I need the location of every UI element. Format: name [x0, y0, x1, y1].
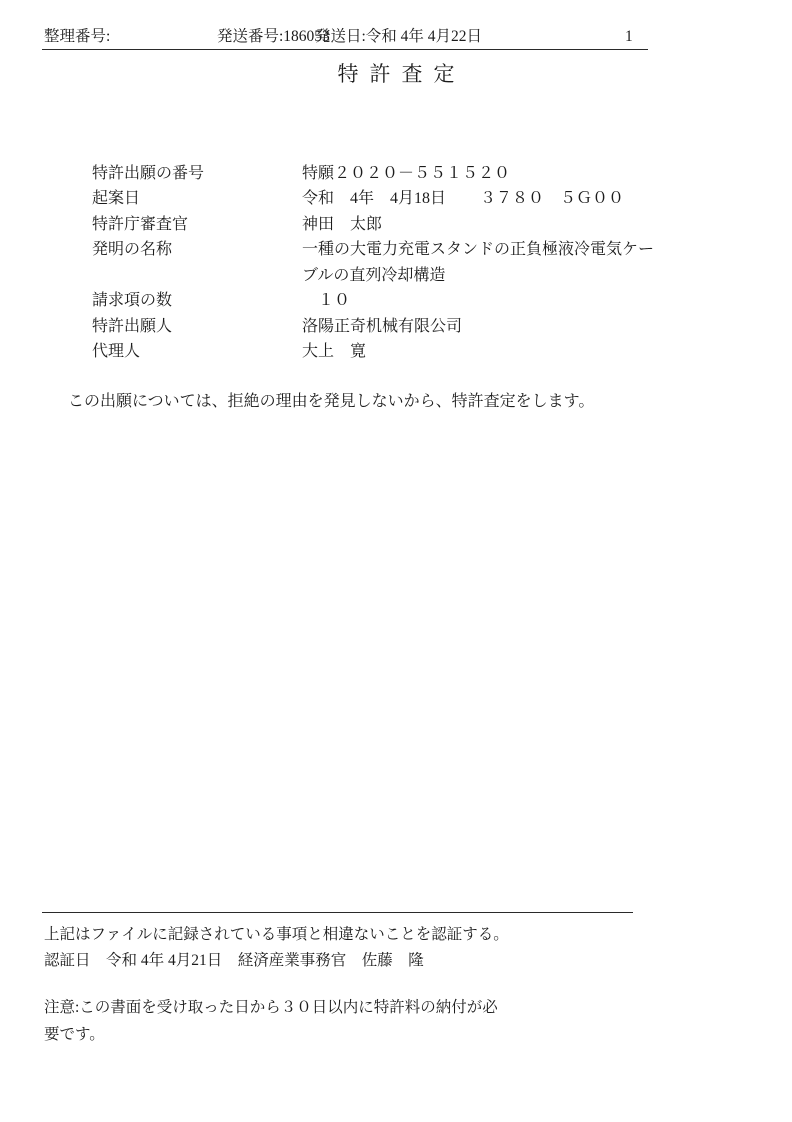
decision-statement: この出願については、拒絶の理由を発見しないから、特許査定をします。: [68, 389, 728, 414]
field-table: 特許出願の番号特願２０２０－５５１５２０ 起案日令和 4年 4月18日 特許庁審…: [68, 135, 728, 339]
field-row-claim-count: 請求項の数 １０: [68, 263, 728, 289]
field-row-invention-title: 発明の名称一種の大電力充電スタンドの正負極液冷電気ケー: [68, 212, 728, 238]
certification-statement: 上記はファイルに記録されている事項と相違ないことを認証する。: [42, 922, 633, 948]
field-label: 代理人: [92, 339, 302, 365]
field-row-agent: 代理人大上 寛: [68, 314, 728, 340]
field-row-applicant: 特許出願人洛陽正奇机械有限公司: [68, 288, 728, 314]
dispatch-number: 発送番号:186053: [217, 24, 330, 46]
certification-date-officer: 認証日 令和 4年 4月21日 経済産業事務官 佐藤 隆: [42, 948, 633, 974]
page-number: 1: [625, 28, 633, 46]
examiner-code: ３７８０ ５Ｇ００: [480, 186, 624, 212]
payment-notice: 注意:この書面を受け取った日から３０日以内に特許料の納付が必 要です。: [44, 995, 644, 1048]
field-row-draft-date: 起案日令和 4年 4月18日: [68, 161, 728, 187]
patent-decision-page: 整理番号: 発送番号:186053 発送日:令和 4年 4月22日 1 特許査定…: [0, 0, 792, 1122]
dispatch-date: 発送日:令和 4年 4月22日: [315, 24, 482, 46]
payment-notice-line1: 注意:この書面を受け取った日から３０日以内に特許料の納付が必: [44, 995, 644, 1022]
document-header: 整理番号: 発送番号:186053 発送日:令和 4年 4月22日 1: [42, 27, 648, 50]
field-row-application-number: 特許出願の番号特願２０２０－５５１５２０: [68, 135, 728, 161]
reference-number-label: 整理番号:: [44, 24, 110, 46]
field-row-examiner: 特許庁審査官神田 太郎 ３７８０ ５Ｇ００: [68, 186, 728, 212]
field-value: 大上 寛: [302, 339, 366, 365]
payment-notice-line2: 要です。: [44, 1022, 644, 1049]
field-row-invention-title-cont: ブルの直列冷却構造: [68, 237, 728, 263]
certification-block: 上記はファイルに記録されている事項と相違ないことを認証する。 認証日 令和 4年…: [42, 912, 633, 974]
document-title: 特許査定: [0, 58, 792, 88]
